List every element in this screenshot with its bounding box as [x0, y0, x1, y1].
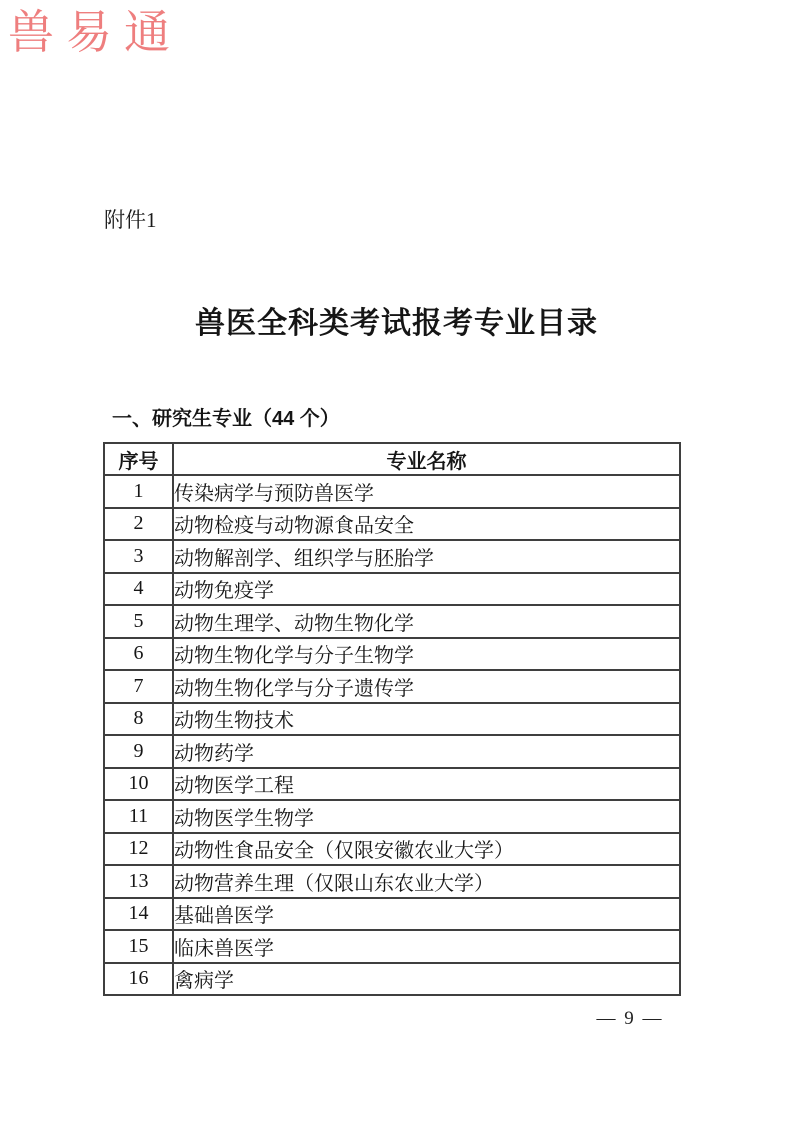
row-number-cell: 5	[104, 605, 173, 638]
table-row: 5动物生理学、动物生物化学	[104, 605, 680, 638]
column-header-major: 专业名称	[173, 443, 680, 475]
major-name-cell: 动物医学工程	[173, 768, 680, 801]
major-name-cell: 动物医学生物学	[173, 800, 680, 833]
major-name-cell: 动物生物化学与分子生物学	[173, 638, 680, 671]
row-number-cell: 8	[104, 703, 173, 736]
major-name-cell: 基础兽医学	[173, 898, 680, 931]
table-row: 2动物检疫与动物源食品安全	[104, 508, 680, 541]
table-row: 12动物性食品安全（仅限安徽农业大学）	[104, 833, 680, 866]
row-number-cell: 7	[104, 670, 173, 703]
table-row: 6动物生物化学与分子生物学	[104, 638, 680, 671]
row-number-cell: 9	[104, 735, 173, 768]
row-number-cell: 14	[104, 898, 173, 931]
table-row: 7动物生物化学与分子遗传学	[104, 670, 680, 703]
table-row: 1传染病学与预防兽医学	[104, 475, 680, 508]
table-row: 13动物营养生理（仅限山东农业大学）	[104, 865, 680, 898]
row-number-cell: 3	[104, 540, 173, 573]
major-name-cell: 临床兽医学	[173, 930, 680, 963]
page-title: 兽医全科类考试报考专业目录	[0, 298, 793, 342]
major-name-cell: 动物免疫学	[173, 573, 680, 606]
row-number-cell: 1	[104, 475, 173, 508]
row-number-cell: 13	[104, 865, 173, 898]
row-number-cell: 6	[104, 638, 173, 671]
major-name-cell: 动物解剖学、组织学与胚胎学	[173, 540, 680, 573]
document-page: 兽易通 附件1 兽医全科类考试报考专业目录 一、研究生专业（44 个） 序号 专…	[0, 0, 793, 1122]
major-name-cell: 动物生理学、动物生物化学	[173, 605, 680, 638]
major-name-cell: 动物性食品安全（仅限安徽农业大学）	[173, 833, 680, 866]
row-number-cell: 10	[104, 768, 173, 801]
major-name-cell: 动物生物技术	[173, 703, 680, 736]
page-number: — 9 —	[560, 1008, 700, 1030]
row-number-cell: 4	[104, 573, 173, 606]
major-name-cell: 禽病学	[173, 963, 680, 996]
table-row: 4动物免疫学	[104, 573, 680, 606]
table-row: 3动物解剖学、组织学与胚胎学	[104, 540, 680, 573]
row-number-cell: 11	[104, 800, 173, 833]
row-number-cell: 15	[104, 930, 173, 963]
major-name-cell: 动物生物化学与分子遗传学	[173, 670, 680, 703]
table-row: 16禽病学	[104, 963, 680, 996]
section-heading: 一、研究生专业（44 个）	[112, 402, 340, 431]
major-name-cell: 传染病学与预防兽医学	[173, 475, 680, 508]
row-number-cell: 2	[104, 508, 173, 541]
majors-table: 序号 专业名称 1传染病学与预防兽医学2动物检疫与动物源食品安全3动物解剖学、组…	[103, 442, 681, 996]
table-row: 10动物医学工程	[104, 768, 680, 801]
watermark-logo: 兽易通	[8, 0, 182, 62]
table-row: 15临床兽医学	[104, 930, 680, 963]
table-row: 11动物医学生物学	[104, 800, 680, 833]
row-number-cell: 12	[104, 833, 173, 866]
table-header-row: 序号 专业名称	[104, 443, 680, 475]
table-row: 8动物生物技术	[104, 703, 680, 736]
major-name-cell: 动物检疫与动物源食品安全	[173, 508, 680, 541]
major-name-cell: 动物营养生理（仅限山东农业大学）	[173, 865, 680, 898]
table-row: 9动物药学	[104, 735, 680, 768]
column-header-no: 序号	[104, 443, 173, 475]
major-name-cell: 动物药学	[173, 735, 680, 768]
table-row: 14基础兽医学	[104, 898, 680, 931]
row-number-cell: 16	[104, 963, 173, 996]
attachment-label: 附件1	[104, 204, 157, 234]
